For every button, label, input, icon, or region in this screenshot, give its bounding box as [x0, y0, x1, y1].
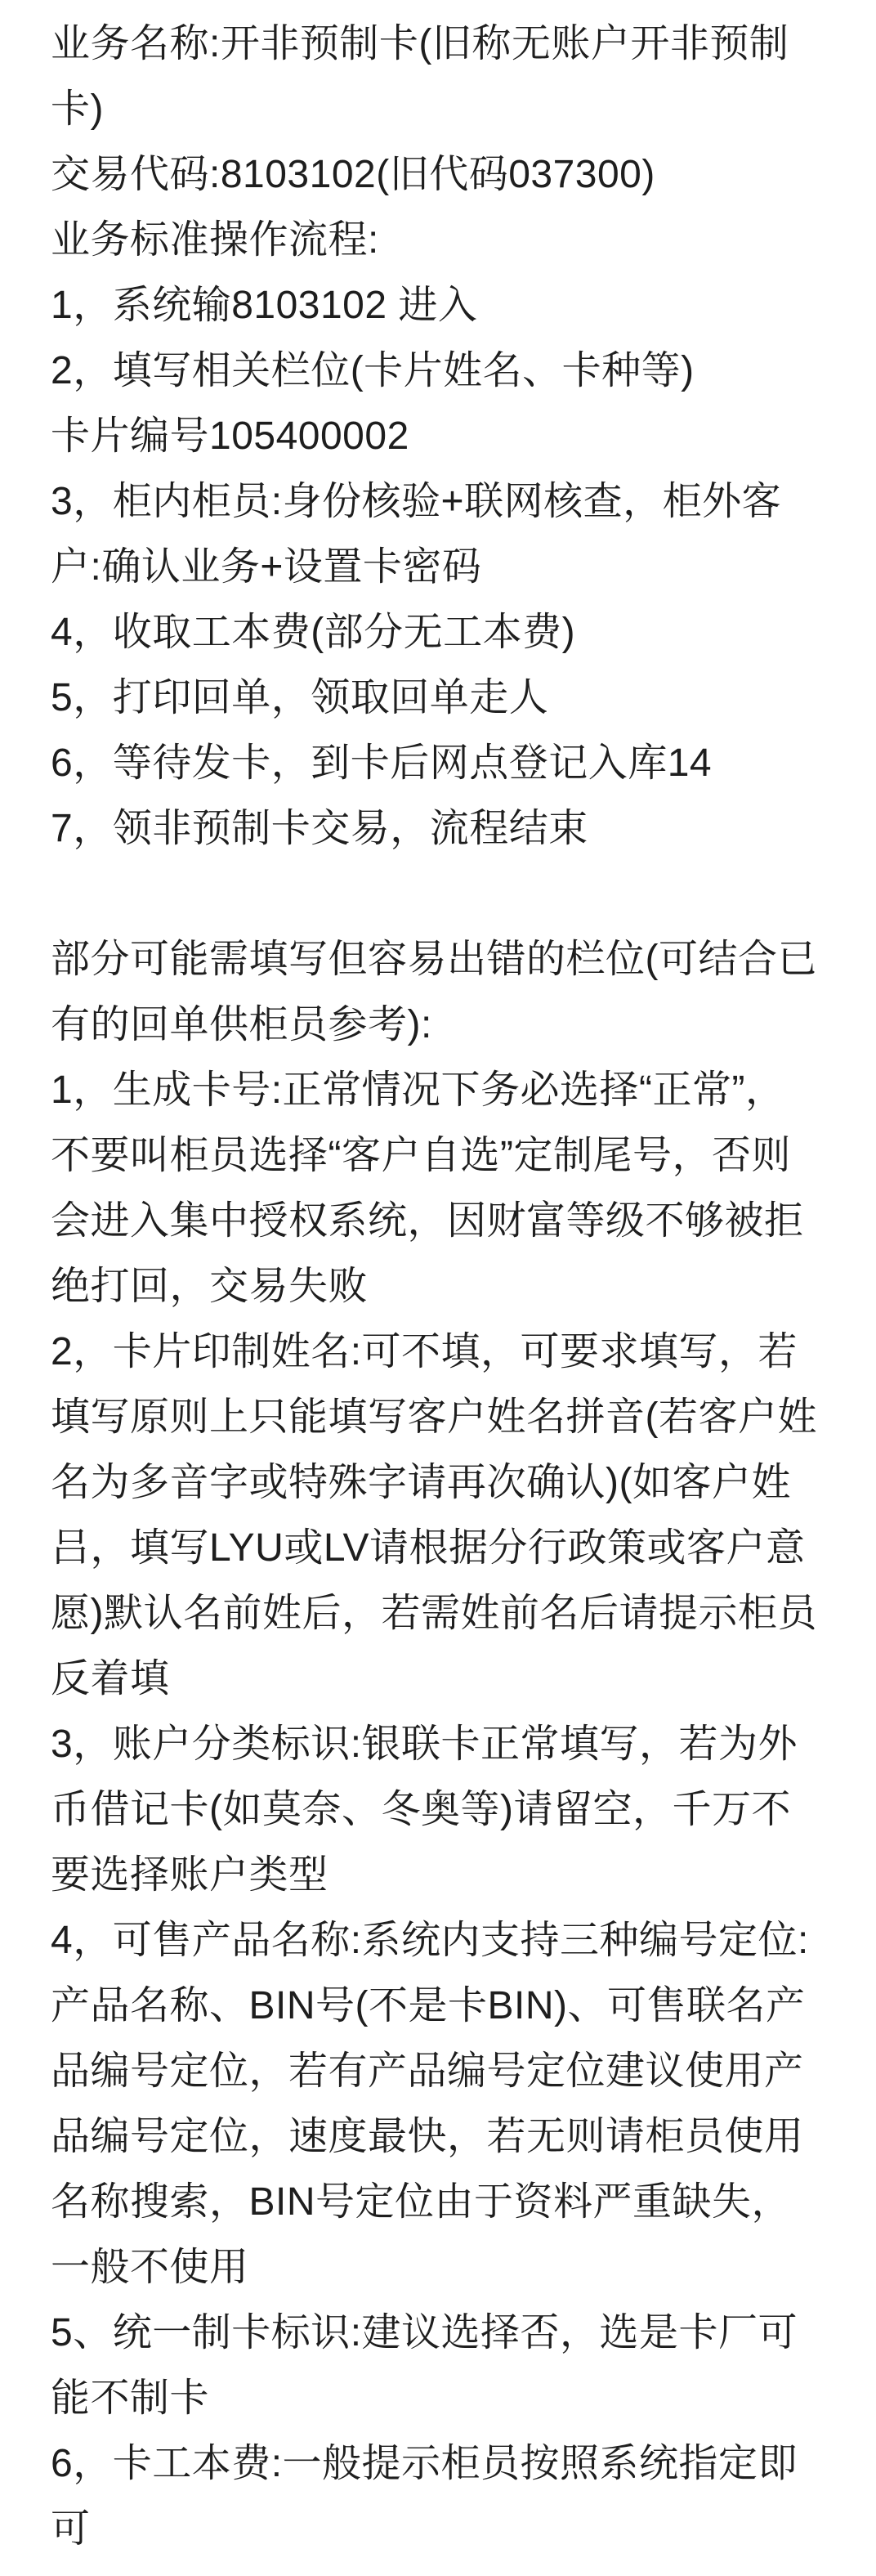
section-standard-process: 业务名称:开非预制卡(旧称无账户开非预制 卡) 交易代码:8103102(旧代码…	[51, 11, 843, 862]
text-line: 6，等待发卡，到卡后网点登记入库14	[51, 731, 843, 796]
text-line: 反着填	[51, 1646, 843, 1712]
text-line: 名称搜索，BIN号定位由于资料严重缺失，	[51, 2170, 843, 2235]
text-line: 3，账户分类标识:银联卡正常填写，若为外	[51, 1712, 843, 1777]
section-error-prone-fields: 部分可能需填写但容易出错的栏位(可结合已 有的回单供柜员参考): 1，生成卡号:…	[51, 927, 843, 2562]
text-line: 4，收取工本费(部分无工本费)	[51, 600, 843, 665]
text-line: 6，卡工本费:一般提示柜员按照系统指定即	[51, 2431, 843, 2497]
text-line: 3，柜内柜员:身份核验+联网核查，柜外客	[51, 469, 843, 535]
text-line: 吕，填写LYU或LV请根据分行政策或客户意	[51, 1516, 843, 1581]
text-line: 能不制卡	[51, 2366, 843, 2431]
text-line: 1，生成卡号:正常情况下务必选择“正常”，	[51, 1058, 843, 1123]
text-line: 绝打回，交易失败	[51, 1254, 843, 1319]
text-line: 可	[51, 2497, 843, 2562]
text-line: 2，卡片印制姓名:可不填，可要求填写，若	[51, 1319, 843, 1385]
text-line: 7，领非预制卡交易，流程结束	[51, 796, 843, 862]
text-line: 填写原则上只能填写客户姓名拼音(若客户姓	[51, 1385, 843, 1450]
text-line: 产品名称、BIN号(不是卡BIN)、可售联名产	[51, 1973, 843, 2039]
text-line: 品编号定位，速度最快，若无则请柜员使用	[51, 2104, 843, 2170]
text-line: 部分可能需填写但容易出错的栏位(可结合已	[51, 927, 843, 992]
text-line: 2，填写相关栏位(卡片姓名、卡种等)	[51, 338, 843, 404]
text-line: 业务名称:开非预制卡(旧称无账户开非预制	[51, 11, 843, 77]
text-line: 交易代码:8103102(旧代码037300)	[51, 142, 843, 208]
text-line: 1，系统输8103102 进入	[51, 273, 843, 338]
text-line: 有的回单供柜员参考):	[51, 992, 843, 1058]
text-line: 要选择账户类型	[51, 1843, 843, 1908]
document-page: 业务名称:开非预制卡(旧称无账户开非预制 卡) 交易代码:8103102(旧代码…	[0, 0, 876, 2562]
text-line: 卡片编号105400002	[51, 404, 843, 469]
text-line: 名为多音字或特殊字请再次确认)(如客户姓	[51, 1450, 843, 1516]
text-line: 会进入集中授权系统，因财富等级不够被拒	[51, 1189, 843, 1254]
text-line: 业务标准操作流程:	[51, 208, 843, 273]
text-line: 不要叫柜员选择“客户自选”定制尾号，否则	[51, 1123, 843, 1189]
text-line: 品编号定位，若有产品编号定位建议使用产	[51, 2039, 843, 2104]
text-line: 币借记卡(如莫奈、冬奥等)请留空，千万不	[51, 1777, 843, 1843]
text-line: 愿)默认名前姓后，若需姓前名后请提示柜员	[51, 1581, 843, 1646]
text-line: 5、统一制卡标识:建议选择否，选是卡厂可	[51, 2300, 843, 2366]
text-line: 4，可售产品名称:系统内支持三种编号定位:	[51, 1908, 843, 1973]
text-line: 一般不使用	[51, 2235, 843, 2300]
text-line: 户:确认业务+设置卡密码	[51, 535, 843, 600]
text-line: 5，打印回单，领取回单走人	[51, 665, 843, 731]
text-line: 卡)	[51, 77, 843, 142]
